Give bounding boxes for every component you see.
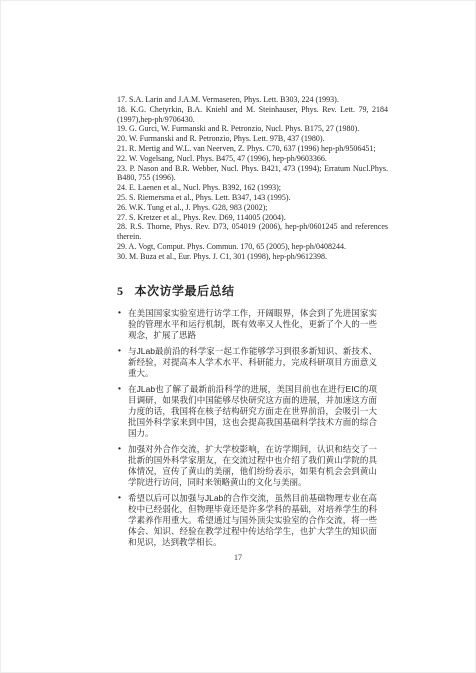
- bullet-icon: [118, 492, 121, 503]
- reference-item: 25. S. Riemersma et al., Phys. Lett. B34…: [117, 193, 388, 203]
- bullet-icon: [118, 383, 121, 394]
- summary-bullet: 在JLab也了解了最新前沿科学的进展，美国目前也在进行EIC的项目调研，如果我们…: [117, 384, 377, 439]
- summary-bullet-list: 在美国国家实验室进行访学工作，开阔眼界，体会到了先进国家实验的管理水平和运行机制…: [117, 308, 377, 548]
- reference-item: 24. E. Laenen et al., Nucl. Phys. B392, …: [117, 183, 388, 193]
- bullet-icon: [118, 443, 121, 454]
- reference-item: 20. W. Furmanski and R. Petronzio, Phys.…: [117, 134, 388, 144]
- reference-item: 17. S.A. Larin and J.A.M. Vermaseren, Ph…: [117, 95, 388, 105]
- reference-item: 23. P. Nason and B.R. Webber, Nucl. Phys…: [117, 164, 388, 184]
- reference-item: 26. W.K. Tung et al., J. Phys. G28, 983 …: [117, 203, 388, 213]
- page-number: 17: [0, 553, 476, 562]
- reference-item: 28. R.S. Thorne, Phys. Rev. D73, 054019 …: [117, 222, 388, 242]
- reference-item: 21. R. Mertig and W.L. van Neerven, Z. P…: [117, 144, 388, 154]
- reference-list: 17. S.A. Larin and J.A.M. Vermaseren, Ph…: [117, 95, 388, 262]
- section-number: 5: [117, 284, 124, 299]
- summary-bullet-text: 在美国国家实验室进行访学工作，开阔眼界，体会到了先进国家实验的管理水平和运行机制…: [128, 308, 377, 340]
- section-title: 本次访学最后总结: [135, 284, 235, 298]
- reference-item: 27. S. Kretzer et al., Phys. Rev. D69, 1…: [117, 213, 388, 223]
- summary-bullet: 与JLab最前沿的科学家一起工作能够学习到很多新知识、新技术、新经验，对提高本人…: [117, 346, 377, 379]
- summary-bullet-text: 加强对外合作交流，扩大学校影响，在访学期间，认识和结交了一批新的国外科学家朋友，…: [128, 444, 377, 487]
- reference-item: 22. W. Vogelsang, Nucl. Phys. B475, 47 (…: [117, 154, 388, 164]
- bullet-icon: [118, 345, 121, 356]
- summary-bullet-text: 与JLab最前沿的科学家一起工作能够学习到很多新知识、新技术、新经验，对提高本人…: [128, 346, 377, 378]
- bullet-icon: [118, 307, 121, 318]
- reference-item: 29. A. Vogt, Comput. Phys. Commun. 170, …: [117, 242, 388, 252]
- summary-bullet-text: 在JLab也了解了最新前沿科学的进展，美国目前也在进行EIC的项目调研，如果我们…: [128, 384, 377, 438]
- summary-bullet: 在美国国家实验室进行访学工作，开阔眼界，体会到了先进国家实验的管理水平和运行机制…: [117, 308, 377, 341]
- summary-bullet: 希望以后可以加强与JLab的合作交流，虽然目前基础物理专业在高校中已经弱化，但物…: [117, 493, 377, 548]
- reference-item: 19. G. Gurci, W. Furmanski and R. Petron…: [117, 124, 388, 134]
- summary-bullet: 加强对外合作交流，扩大学校影响，在访学期间，认识和结交了一批新的国外科学家朋友，…: [117, 444, 377, 488]
- summary-bullet-text: 希望以后可以加强与JLab的合作交流，虽然目前基础物理专业在高校中已经弱化，但物…: [128, 493, 377, 547]
- text-block: 17. S.A. Larin and J.A.M. Vermaseren, Ph…: [117, 95, 388, 553]
- section-heading: 5本次访学最后总结: [117, 282, 388, 299]
- reference-item: 30. M. Buza et al., Eur. Phys. J. C1, 30…: [117, 252, 388, 262]
- reference-item: 18. K.G. Chetyrkin, B.A. Kniehl and M. S…: [117, 105, 388, 125]
- document-page: 17. S.A. Larin and J.A.M. Vermaseren, Ph…: [0, 0, 476, 673]
